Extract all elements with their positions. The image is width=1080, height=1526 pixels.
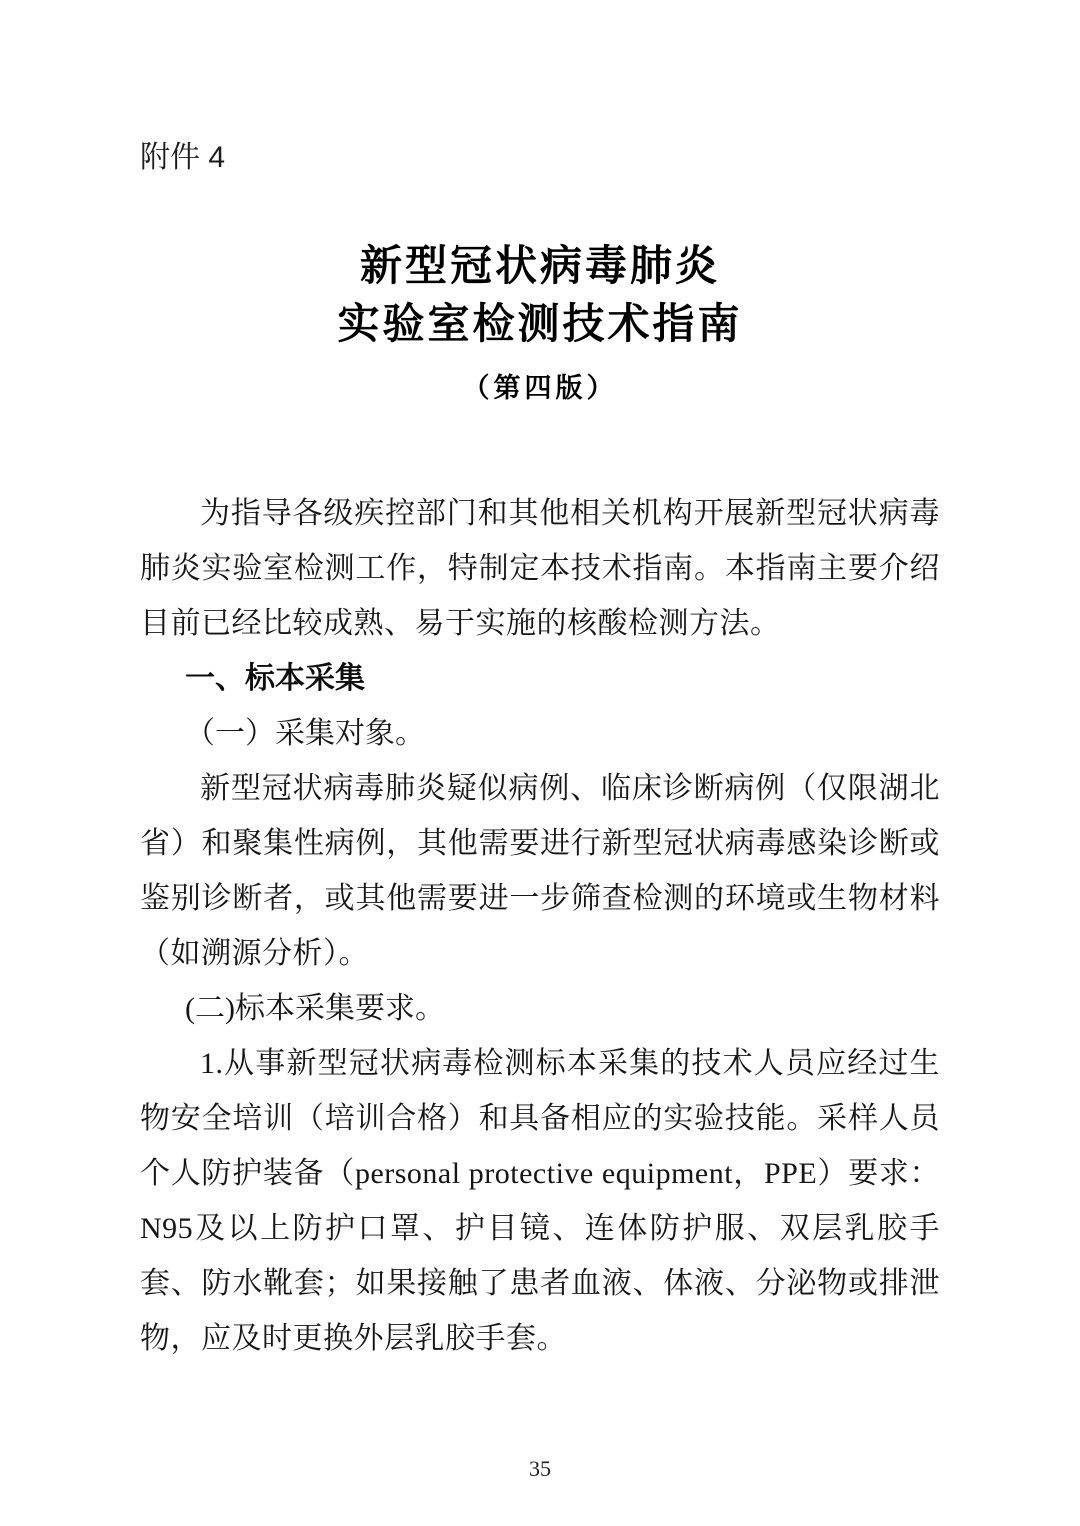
document-body: 附件 4 新型冠状病毒肺炎 实验室检测技术指南 （第四版） 为指导各级疾控部门和… [0,0,1080,1366]
doc-title-line2: 实验室检测技术指南 [140,296,940,354]
intro-paragraph: 为指导各级疾控部门和其他相关机构开展新型冠状病毒肺炎实验室检测工作，特制定本技术… [140,486,940,651]
page-number: 35 [529,1456,551,1481]
title-block: 新型冠状病毒肺炎 实验室检测技术指南 （第四版） [140,238,940,406]
doc-title-line1: 新型冠状病毒肺炎 [140,238,940,296]
attachment-label: 附件 4 [140,138,940,178]
section-heading-specimen-collection: 一、标本采集 [140,651,940,706]
paragraph-collection-targets: 新型冠状病毒肺炎疑似病例、临床诊断病例（仅限湖北省）和聚集性病例，其他需要进行新… [140,761,940,981]
content-area: 为指导各级疾控部门和其他相关机构开展新型冠状病毒肺炎实验室检测工作，特制定本技术… [140,486,940,1366]
subsection-heading-collection-requirements: (二)标本采集要求。 [140,981,940,1036]
subsection-heading-collection-targets: （一）采集对象。 [140,706,940,761]
document-page: { "document": { "attachment_label": "附件 … [0,0,1080,1526]
edition-label: （第四版） [140,370,940,406]
page-footer: 35 [0,1456,1080,1482]
paragraph-collection-requirement-1: 1.从事新型冠状病毒检测标本采集的技术人员应经过生物安全培训（培训合格）和具备相… [140,1036,940,1366]
